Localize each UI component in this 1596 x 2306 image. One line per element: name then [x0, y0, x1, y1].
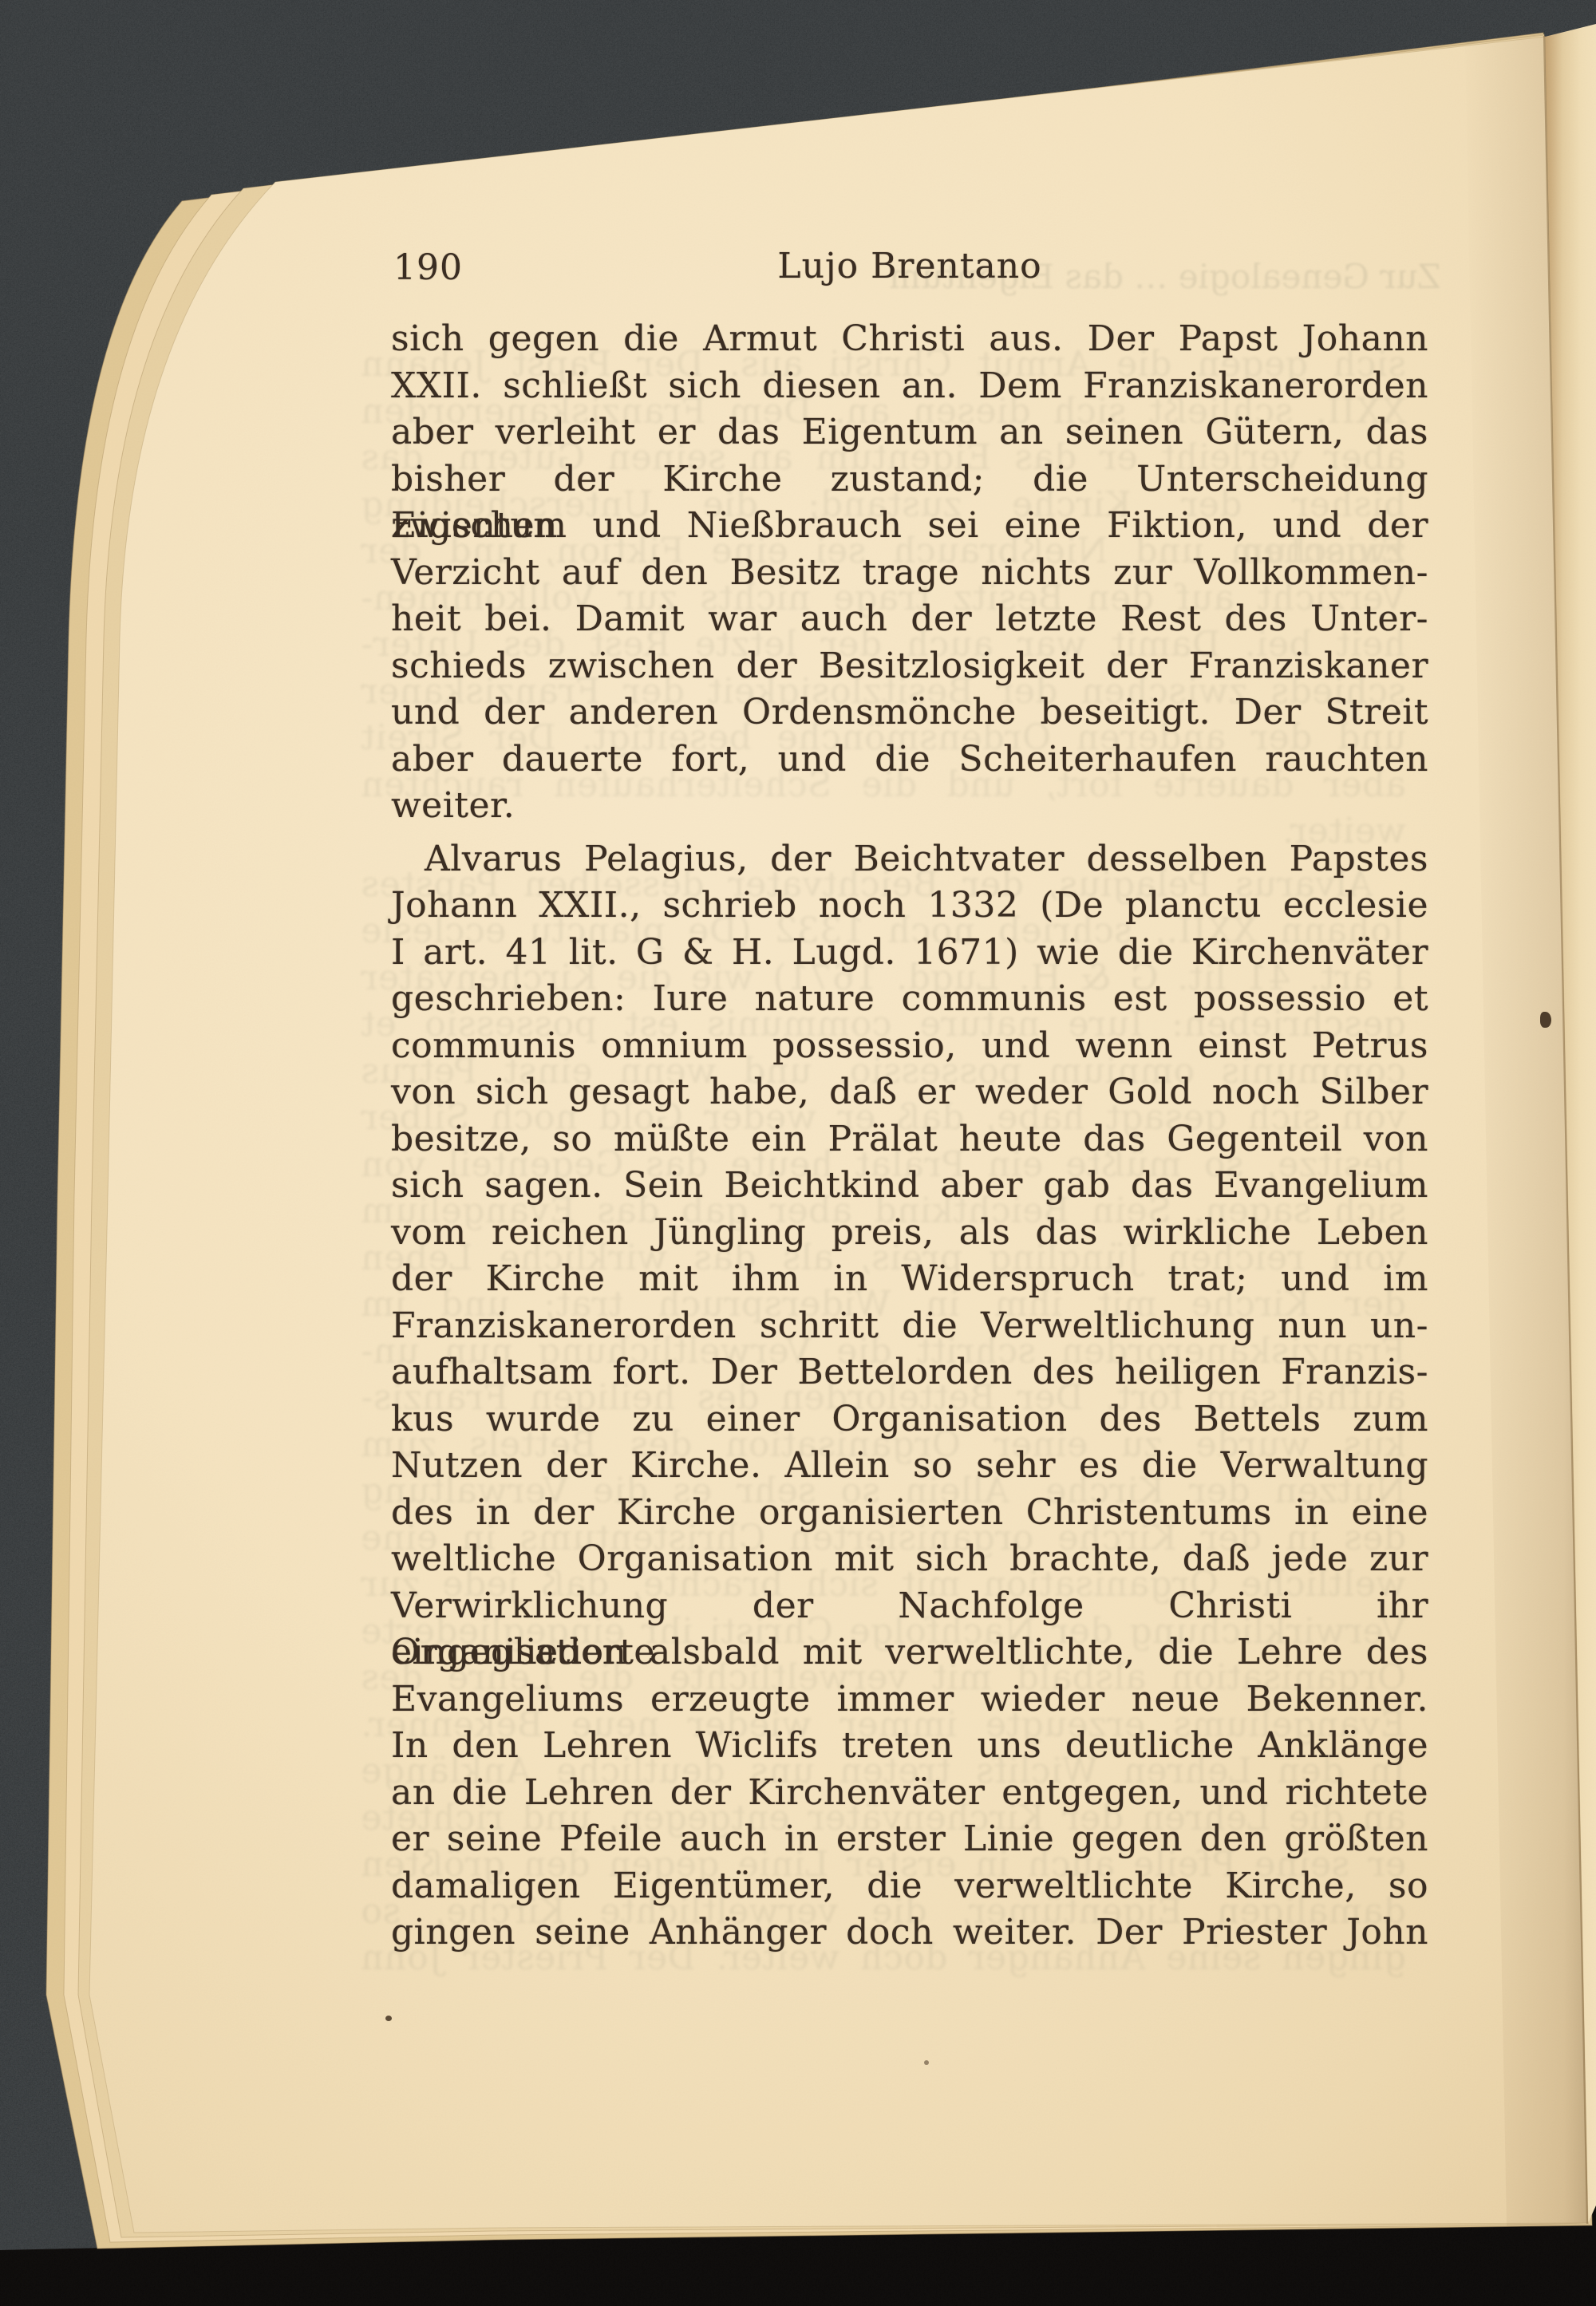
text-line: communis omnium possessio, und wenn eins…	[391, 1023, 1428, 1070]
text-line: Eigentum und Nießbrauch sei eine Fiktion…	[391, 503, 1428, 550]
text-line: bisher der Kirche zustand; die Untersche…	[391, 456, 1428, 503]
text-line: vom reichen Jüngling preis, als das wirk…	[391, 1210, 1428, 1257]
text-line: Verwirklichung der Nachfolge Christi ihr…	[391, 1583, 1428, 1630]
text-line: kus wurde zu einer Organisation des Bett…	[391, 1396, 1428, 1443]
text-line: gingen seine Anhänger doch weiter. Der P…	[391, 1909, 1428, 1957]
text-line: er seine Pfeile auch in erster Linie geg…	[391, 1816, 1428, 1863]
paragraph-1: sich gegen die Armut Christi aus. Der Pa…	[391, 316, 1428, 830]
text-line: In den Lehren Wiclifs treten uns deutlic…	[391, 1723, 1428, 1770]
text-line: besitze, so müßte ein Prälat heute das G…	[391, 1116, 1428, 1163]
text-line: I art. 41 lit. G & H. Lugd. 1671) wie di…	[391, 930, 1428, 977]
text-line: Verzicht auf den Besitz trage nichts zur…	[391, 550, 1428, 597]
text-line: schieds zwischen der Besitzlosigkeit der…	[391, 643, 1428, 690]
text-line: an die Lehren der Kirchenväter entgegen,…	[391, 1770, 1428, 1817]
text-line: Organisation alsbald mit verweltlichte, …	[391, 1629, 1428, 1676]
text-line: der Kirche mit ihm in Widerspruch trat; …	[391, 1256, 1428, 1303]
text-line: weiter.	[391, 783, 1428, 830]
text-line: weltliche Organisation mit sich brachte,…	[391, 1536, 1428, 1583]
text-line: und der anderen Ordensmönche beseitigt. …	[391, 689, 1428, 736]
body-text: sich gegen die Armut Christi aus. Der Pa…	[391, 316, 1428, 1957]
text-line: aber dauerte fort, und die Scheiterhaufe…	[391, 736, 1428, 784]
text-line: Johann XXII., schrieb noch 1332 (De plan…	[391, 883, 1428, 930]
text-line: geschrieben: Iure nature communis est po…	[391, 976, 1428, 1023]
text-line: damaligen Eigentümer, die verweltlichte …	[391, 1863, 1428, 1910]
running-header: Lujo Brentano	[391, 249, 1428, 284]
paragraph-2: Alvarus Pelagius, der Beichtvater dessel…	[391, 836, 1428, 1957]
text-line: XXII. schließt sich diesen an. Dem Franz…	[391, 363, 1428, 410]
text-line: Alvarus Pelagius, der Beichtvater dessel…	[391, 836, 1428, 883]
text-line: Evangeliums erzeugte immer wieder neue B…	[391, 1676, 1428, 1724]
text-line: von sich gesagt habe, daß er weder Gold …	[391, 1069, 1428, 1116]
text-line: Nutzen der Kirche. Allein so sehr es die…	[391, 1443, 1428, 1490]
text-line: sich gegen die Armut Christi aus. Der Pa…	[391, 316, 1428, 363]
text-line: sich sagen. Sein Beichtkind aber gab das…	[391, 1163, 1428, 1210]
text-line: heit bei. Damit war auch der letzte Rest…	[391, 596, 1428, 643]
text-line: des in der Kirche organisierten Christen…	[391, 1490, 1428, 1537]
book-scan: Zur Genealogie … das Eigentum sich gegen…	[0, 0, 1596, 2306]
text-line: aufhaltsam fort. Der Bettelorden des hei…	[391, 1349, 1428, 1396]
text-line: aber verleiht er das Eigentum an seinen …	[391, 409, 1428, 456]
text-line: Franziskanerorden schritt die Verweltlic…	[391, 1303, 1428, 1350]
